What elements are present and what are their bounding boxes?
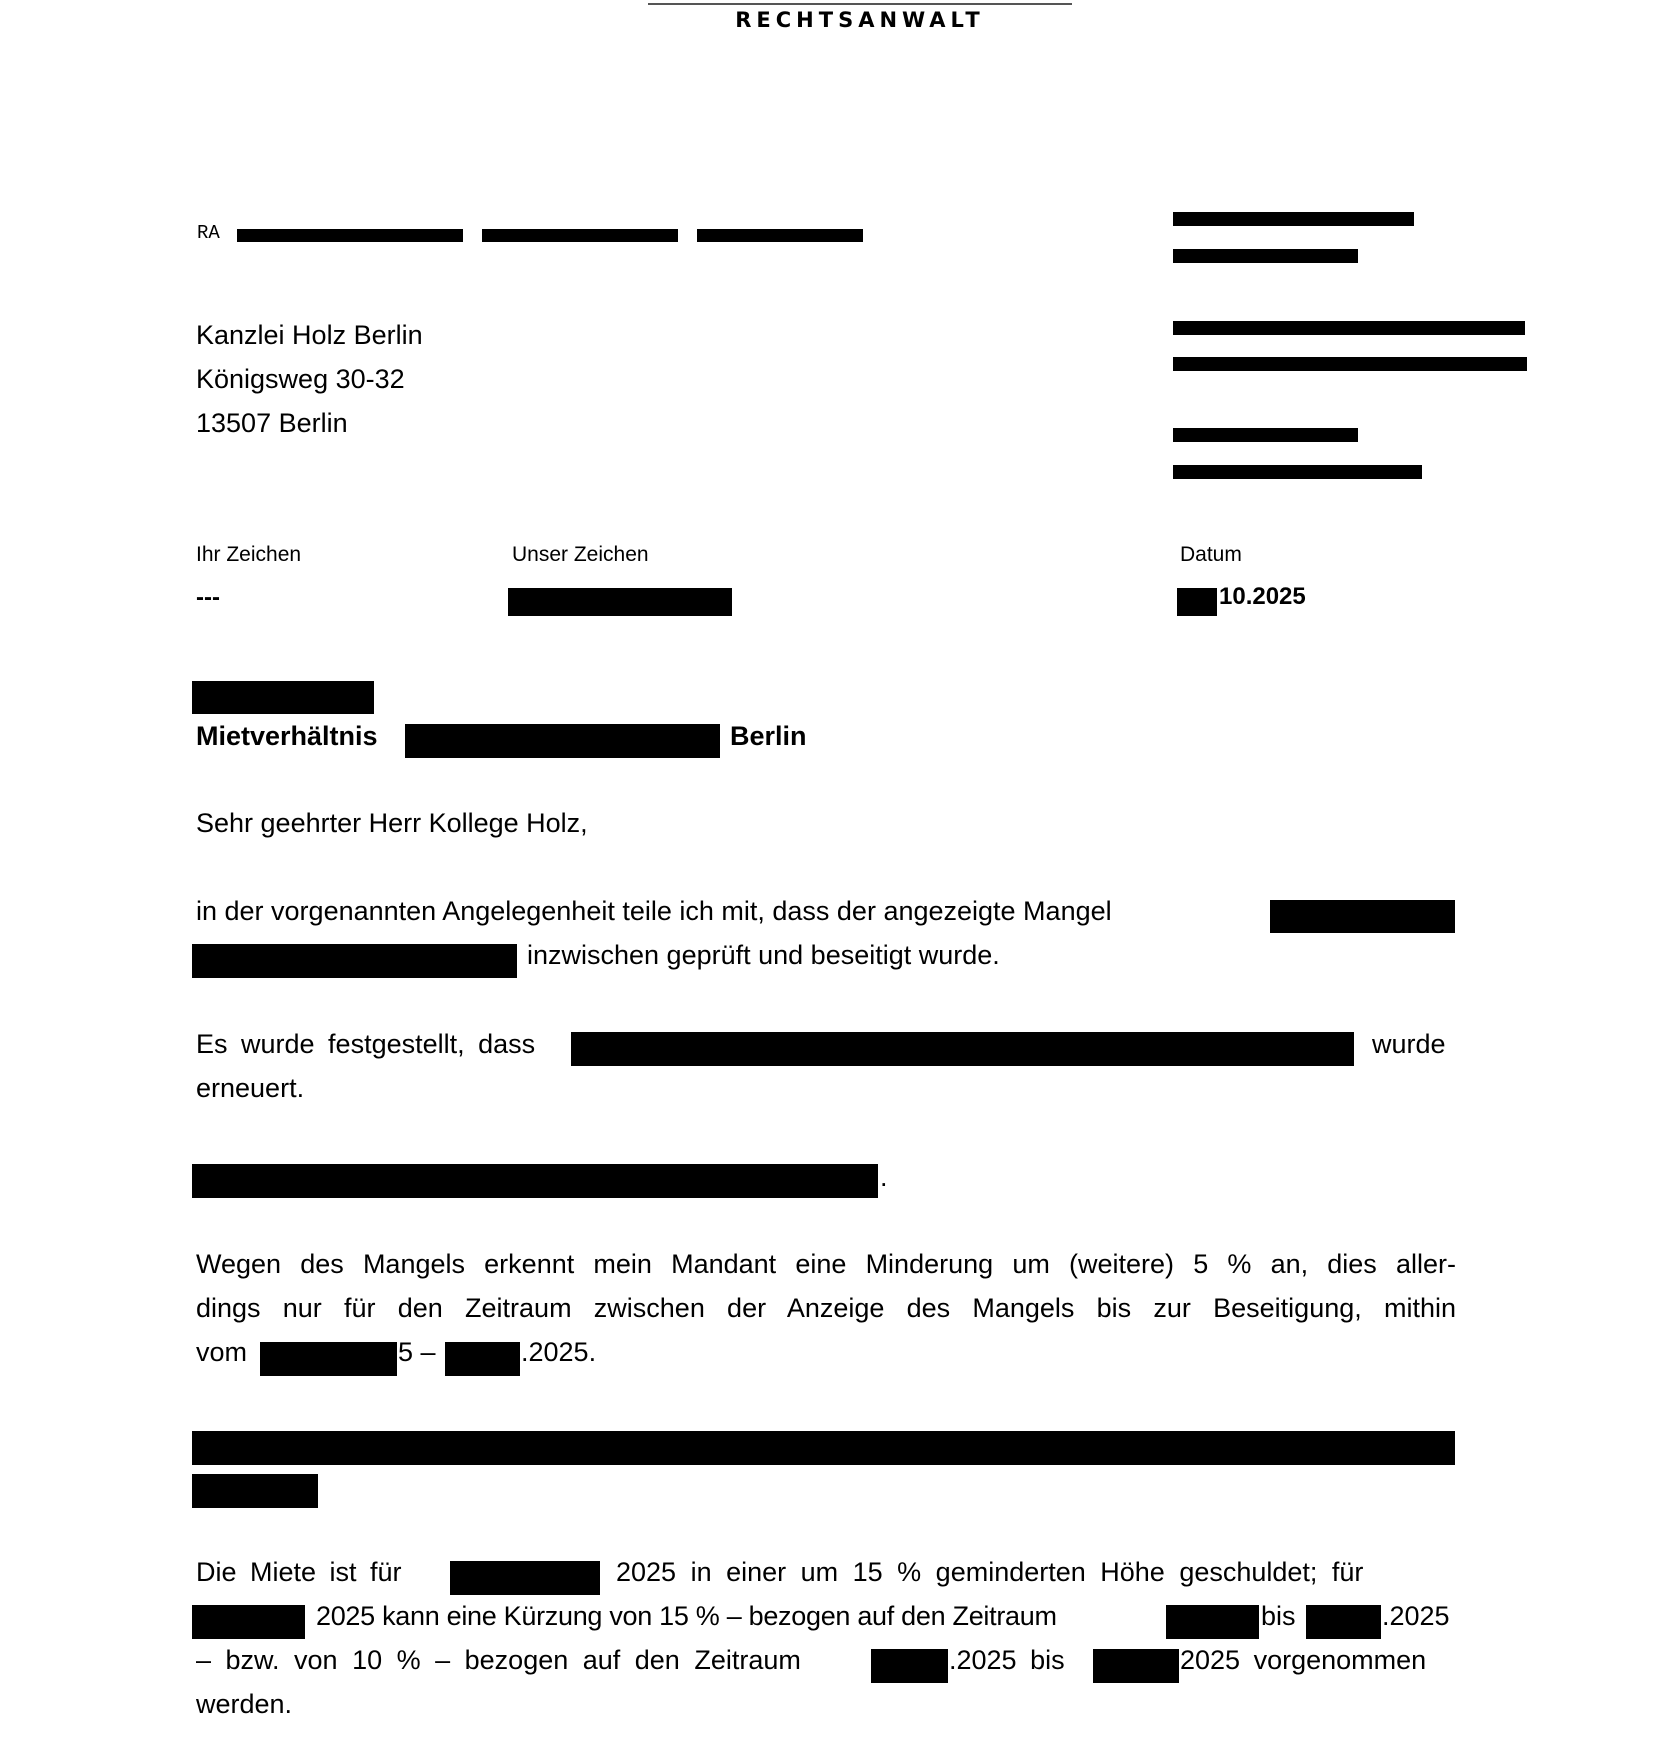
ihr-zeichen-label: Ihr Zeichen [196,543,301,567]
p1-line-1: in der vorgenannten Angelegenheit teile … [196,896,1112,927]
p4-line-3a: vom [196,1337,247,1368]
p3-end: . [880,1162,888,1193]
p4-line-1-text: Wegen des Mangels erkennt mein Mandant e… [196,1249,1456,1280]
redacted-contact-line-4 [1173,357,1527,371]
redacted-p6-month-2 [192,1605,305,1639]
redacted-contact-line-3 [1173,321,1525,335]
p1-line-2: inzwischen geprüft und beseitigt wurde. [527,940,1000,971]
redacted-p4-end-date [445,1342,520,1376]
p6-line-2a: 2025 kann eine Kürzung von 15 % – bezoge… [316,1601,1057,1632]
recipient-line-1: Kanzlei Holz Berlin [196,320,423,351]
redacted-unser-zeichen [508,588,732,616]
redacted-p3 [192,1164,878,1198]
redacted-p6-period-1-end [1306,1605,1381,1639]
redacted-contact-line-2 [1173,249,1358,263]
p6-line-3c: 2025 vorgenommen [1180,1645,1426,1676]
datum-label: Datum [1180,543,1242,567]
p4-line-2: dings nur für den Zeitraum zwischen der … [196,1293,1456,1324]
redacted-subject-line-1 [192,681,374,714]
p6-line-1a: Die Miete ist für [196,1557,402,1588]
ihr-zeichen-value: --- [196,584,220,612]
p4-line-3b: 5 – [398,1337,436,1368]
p4-line-3c: .2025. [521,1337,596,1368]
redacted-sender-street [482,229,678,242]
p6-line-1b: 2025 in einer um 15 % geminderten Höhe g… [616,1557,1363,1588]
p6-line-2c: .2025 [1382,1601,1450,1632]
subject-prefix: Mietverhältnis [196,721,378,752]
p4-line-2-text: dings nur für den Zeitraum zwischen der … [196,1293,1456,1324]
p2-line-1a: Es wurde festgestellt, dass [196,1029,535,1060]
p6-line-2b: bis [1261,1601,1296,1632]
p6-line-4: werden. [196,1689,292,1720]
p2-line-2: erneuert. [196,1073,304,1104]
redacted-p1-defect [1270,900,1455,933]
datum-value: 10.2025 [1219,583,1306,611]
redacted-p5-line-2 [192,1474,318,1508]
subject-suffix: Berlin [730,721,807,752]
redacted-contact-line-6 [1173,465,1422,479]
redacted-date-day [1177,588,1217,616]
redacted-p6-month-1 [450,1561,600,1595]
redacted-p5-line-1 [192,1431,1455,1465]
p6-line-3a: – bzw. von 10 % – bezogen auf den Zeitra… [196,1645,801,1676]
redacted-sender-city [697,229,863,242]
redacted-p4-start-date [260,1342,397,1376]
redacted-contact-line-1 [1173,212,1414,226]
recipient-line-3: 13507 Berlin [196,408,348,439]
redacted-p6-period-2-end [1093,1649,1179,1683]
letterhead-title: Rechtsanwalt [648,8,1072,32]
salutation: Sehr geehrter Herr Kollege Holz, [196,808,588,839]
p6-line-3b: .2025 bis [949,1645,1065,1676]
p2-line-1b: wurde [1372,1029,1446,1060]
redacted-sender-name [237,229,463,242]
redacted-p2-finding [571,1032,1354,1066]
recipient-line-2: Königsweg 30-32 [196,364,405,395]
redacted-contact-line-5 [1173,428,1358,442]
letterhead-rule [648,3,1072,5]
sender-prefix: RA [197,222,220,244]
redacted-subject-address [405,724,720,758]
p4-line-1: Wegen des Mangels erkennt mein Mandant e… [196,1249,1456,1280]
redacted-p1-defect-cont [192,944,517,978]
unser-zeichen-label: Unser Zeichen [512,543,649,567]
redacted-p6-period-2-start [871,1649,948,1683]
redacted-p6-period-1-start [1166,1605,1259,1639]
